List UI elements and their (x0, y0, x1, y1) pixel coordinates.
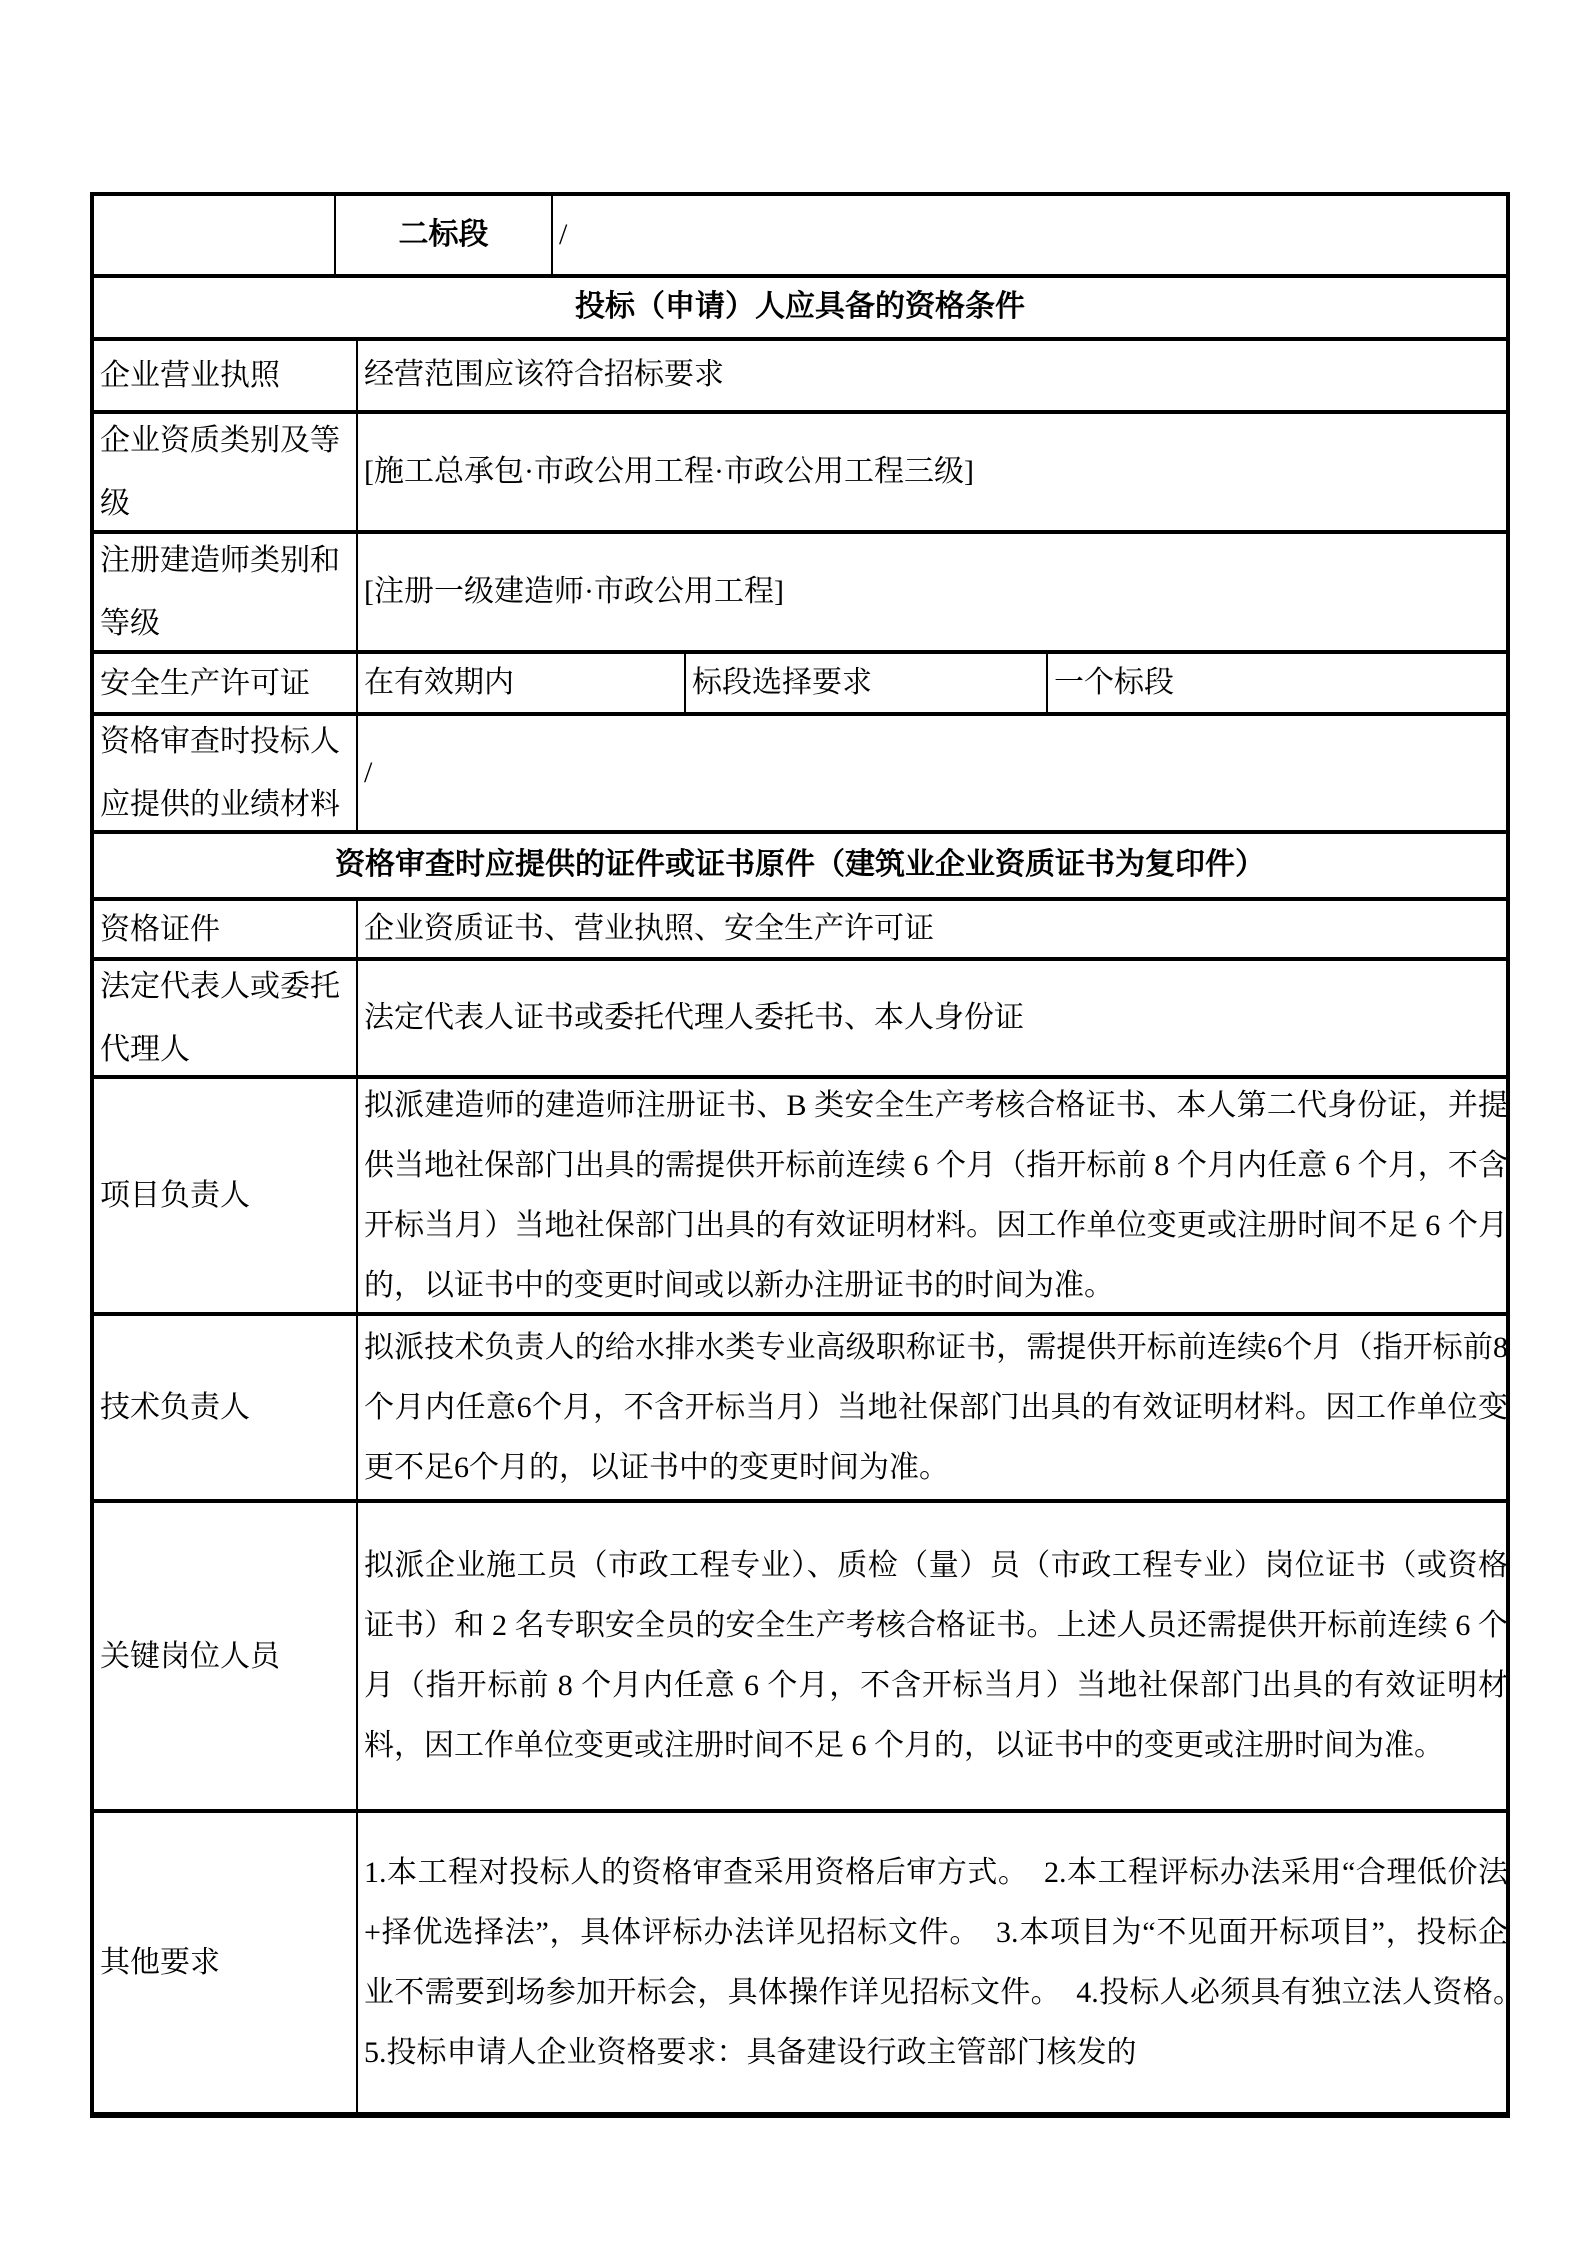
key-personnel-label: 关键岗位人员 (100, 1625, 350, 1688)
business-license-label-cell: 企业营业执照 (94, 341, 356, 410)
legal-rep-label-cell: 法定代表人或委托代理人 (94, 961, 356, 1075)
registered-builder-label: 注册建造师类别和等级 (100, 534, 350, 650)
business-license-value-cell: 经营范围应该符合招标要求 (356, 341, 1514, 410)
stage-blank-cell (94, 196, 334, 274)
technical-director-label-cell: 技术负责人 (94, 1316, 356, 1499)
key-personnel-label-cell: 关键岗位人员 (94, 1503, 356, 1809)
safety-permit-label-cell: 安全生产许可证 (94, 654, 356, 712)
performance-materials-value-cell: / (356, 716, 1514, 830)
key-personnel-value: 拟派企业施工员（市政工程专业）、质检（量）员（市政工程专业）岗位证书（或资格证书… (364, 1536, 1508, 1776)
performance-materials-label-cell: 资格审查时投标人应提供的业绩材料 (94, 716, 356, 830)
business-license-label: 企业营业执照 (100, 344, 350, 407)
technical-director-value: 拟派技术负责人的给水排水类专业高级职称证书，需提供开标前连续6个月（指开标前8个… (364, 1318, 1508, 1498)
qualification-certificates-label-cell: 资格证件 (94, 901, 356, 957)
project-manager-label: 项目负责人 (100, 1164, 350, 1227)
other-requirements-value: 1.本工程对投标人的资格审查采用资格后审方式。 2.本工程评标办法采用“合理低价… (364, 1843, 1508, 2083)
performance-materials-label: 资格审查时投标人应提供的业绩材料 (100, 716, 350, 830)
technical-director-value-cell: 拟派技术负责人的给水排水类专业高级职称证书，需提供开标前连续6个月（指开标前8个… (356, 1316, 1514, 1499)
table-row-performance-materials: 资格审查时投标人应提供的业绩材料 / (94, 712, 1506, 830)
stage-label-cell: 二标段 (334, 196, 551, 274)
stage-value-text: / (559, 215, 1508, 256)
qualification-certificates-label: 资格证件 (100, 901, 350, 957)
table-row-qualification-class: 企业资质类别及等级 [施工总承包·市政公用工程·市政公用工程三级] (94, 410, 1506, 530)
table-row-stage: 二标段 / (94, 196, 1506, 274)
qualification-class-value: [施工总承包·市政公用工程·市政公用工程三级] (364, 452, 1508, 493)
qualification-certificates-value-cell: 企业资质证书、营业执照、安全生产许可证 (356, 901, 1514, 957)
lot-selection-label: 标段选择要求 (692, 663, 1040, 704)
table-row-technical-director: 技术负责人 拟派技术负责人的给水排水类专业高级职称证书，需提供开标前连续6个月（… (94, 1312, 1506, 1499)
performance-materials-value: / (364, 753, 1508, 794)
qualification-table: 二标段 / 投标（申请）人应具备的资格条件 企业营业执照 经营范围应该符合招标要… (90, 192, 1510, 2118)
table-row-business-license: 企业营业执照 经营范围应该符合招标要求 (94, 337, 1506, 410)
table-row-other-requirements: 其他要求 1.本工程对投标人的资格审查采用资格后审方式。 2.本工程评标办法采用… (94, 1809, 1506, 2112)
registered-builder-label-cell: 注册建造师类别和等级 (94, 534, 356, 650)
stage-value-cell: / (551, 196, 1514, 274)
section2-header-cell: 资格审查时应提供的证件或证书原件（建筑业企业资质证书为复印件） (94, 834, 1506, 897)
legal-rep-value-cell: 法定代表人证书或委托代理人委托书、本人身份证 (356, 961, 1514, 1075)
registered-builder-value-cell: [注册一级建造师·市政公用工程] (356, 534, 1514, 650)
lot-selection-label-cell: 标段选择要求 (684, 654, 1046, 712)
safety-permit-label: 安全生产许可证 (100, 654, 350, 712)
lot-selection-value-cell: 一个标段 (1046, 654, 1514, 712)
qualification-certificates-value: 企业资质证书、营业执照、安全生产许可证 (364, 909, 1508, 950)
legal-rep-label: 法定代表人或委托代理人 (100, 961, 350, 1075)
section1-header-cell: 投标（申请）人应具备的资格条件 (94, 278, 1506, 337)
table-row-qualification-certificates: 资格证件 企业资质证书、营业执照、安全生产许可证 (94, 897, 1506, 957)
qualification-class-label-cell: 企业资质类别及等级 (94, 414, 356, 530)
other-requirements-label: 其他要求 (100, 1931, 350, 1994)
section2-header-text: 资格审查时应提供的证件或证书原件（建筑业企业资质证书为复印件） (100, 845, 1500, 886)
qualification-class-value-cell: [施工总承包·市政公用工程·市政公用工程三级] (356, 414, 1514, 530)
key-personnel-value-cell: 拟派企业施工员（市政工程专业）、质检（量）员（市政工程专业）岗位证书（或资格证书… (356, 1503, 1514, 1809)
section1-header-text: 投标（申请）人应具备的资格条件 (100, 287, 1500, 328)
project-manager-value: 拟派建造师的建造师注册证书、B 类安全生产考核合格证书、本人第二代身份证，并提供… (364, 1079, 1508, 1312)
table-row-registered-builder: 注册建造师类别和等级 [注册一级建造师·市政公用工程] (94, 530, 1506, 650)
safety-permit-value-cell: 在有效期内 (356, 654, 684, 712)
project-manager-label-cell: 项目负责人 (94, 1079, 356, 1312)
stage-label-text: 二标段 (342, 215, 545, 256)
table-row-section1-header: 投标（申请）人应具备的资格条件 (94, 274, 1506, 337)
business-license-value: 经营范围应该符合招标要求 (364, 355, 1508, 396)
table-row-legal-rep: 法定代表人或委托代理人 法定代表人证书或委托代理人委托书、本人身份证 (94, 957, 1506, 1075)
table-row-section2-header: 资格审查时应提供的证件或证书原件（建筑业企业资质证书为复印件） (94, 830, 1506, 897)
registered-builder-value: [注册一级建造师·市政公用工程] (364, 572, 1508, 613)
table-row-project-manager: 项目负责人 拟派建造师的建造师注册证书、B 类安全生产考核合格证书、本人第二代身… (94, 1075, 1506, 1312)
table-row-key-personnel: 关键岗位人员 拟派企业施工员（市政工程专业）、质检（量）员（市政工程专业）岗位证… (94, 1499, 1506, 1809)
technical-director-label: 技术负责人 (100, 1376, 350, 1439)
project-manager-value-cell: 拟派建造师的建造师注册证书、B 类安全生产考核合格证书、本人第二代身份证，并提供… (356, 1079, 1514, 1312)
table-row-safety-permit: 安全生产许可证 在有效期内 标段选择要求 一个标段 (94, 650, 1506, 712)
safety-permit-value: 在有效期内 (364, 663, 678, 704)
qualification-class-label: 企业资质类别及等级 (100, 414, 350, 530)
other-requirements-value-cell: 1.本工程对投标人的资格审查采用资格后审方式。 2.本工程评标办法采用“合理低价… (356, 1813, 1514, 2112)
other-requirements-label-cell: 其他要求 (94, 1813, 356, 2112)
document-page: 二标段 / 投标（申请）人应具备的资格条件 企业营业执照 经营范围应该符合招标要… (0, 0, 1587, 2245)
lot-selection-value: 一个标段 (1054, 663, 1508, 704)
legal-rep-value: 法定代表人证书或委托代理人委托书、本人身份证 (364, 998, 1508, 1039)
